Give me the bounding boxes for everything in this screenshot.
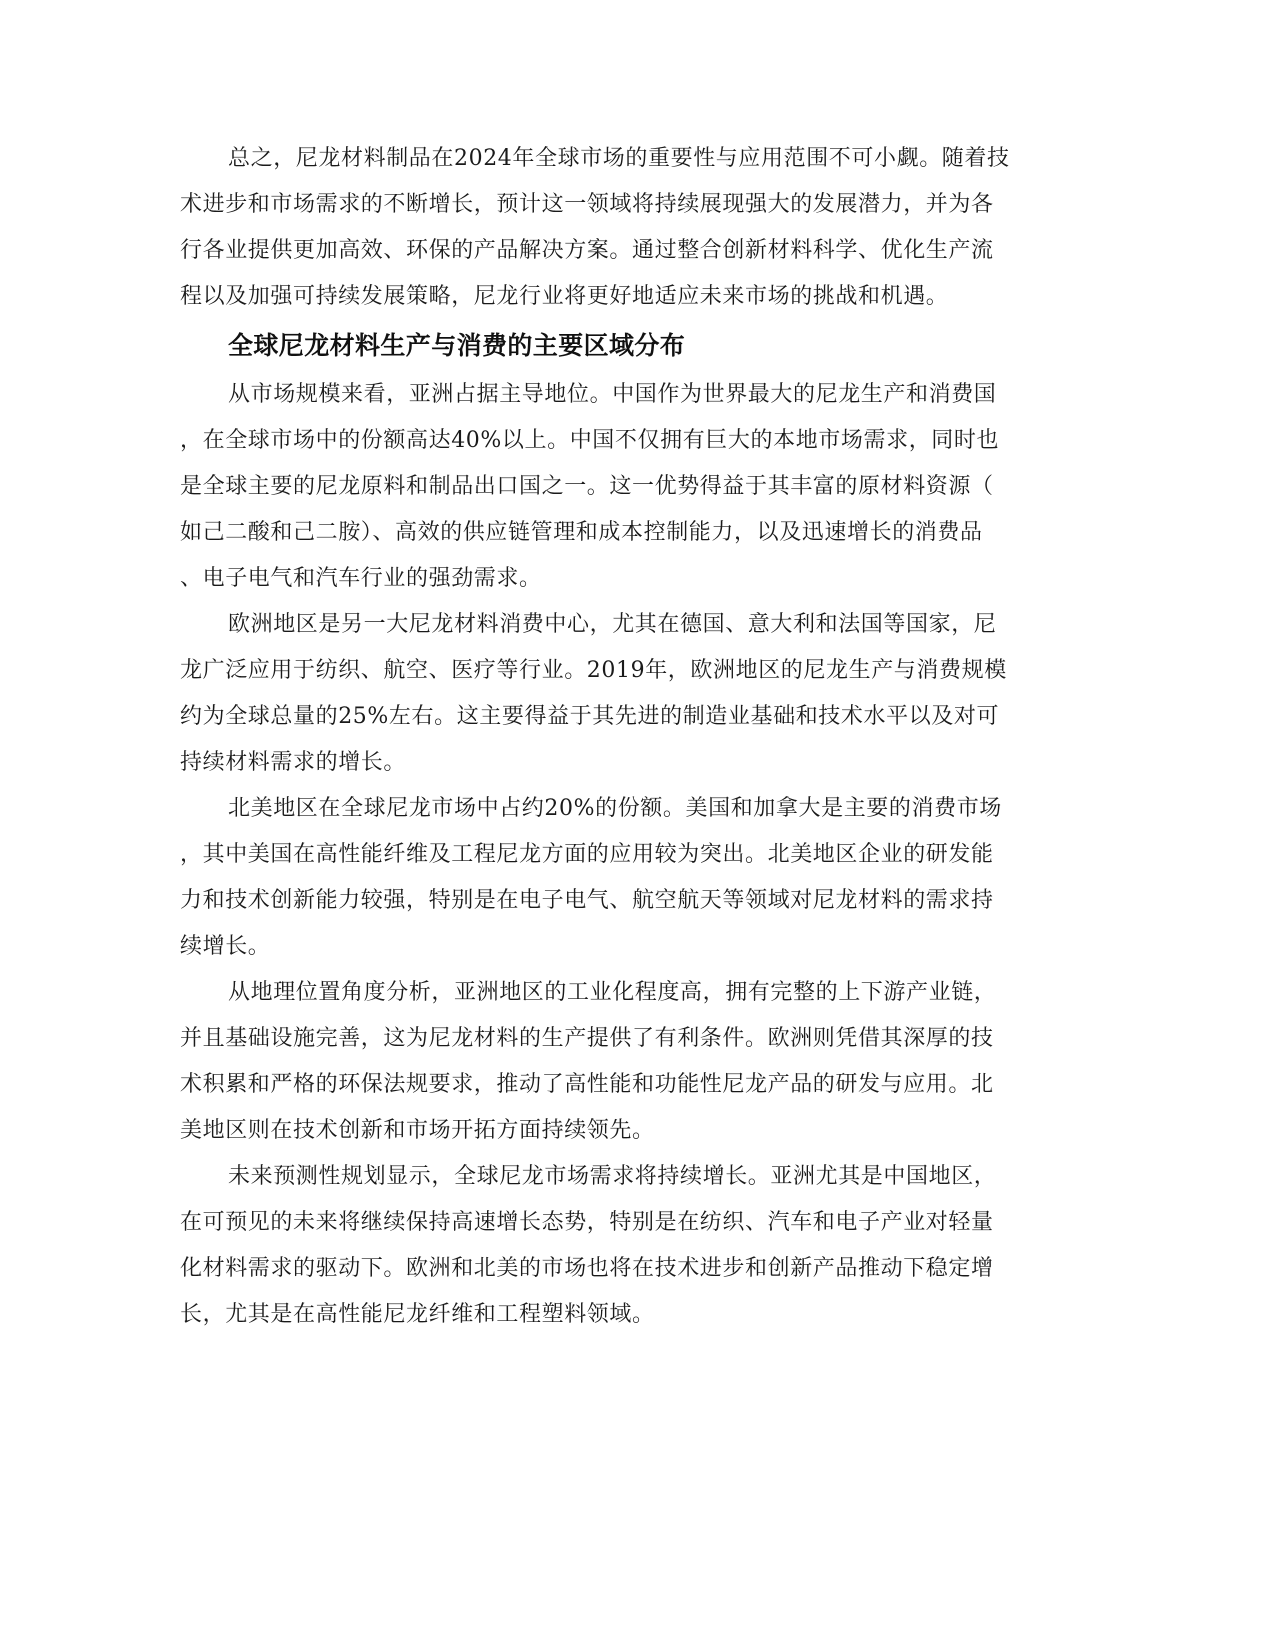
document-page: 总之，尼龙材料制品在2024年全球市场的重要性与应用范围不可小觑。随着技 术进步… <box>180 136 1040 1338</box>
text-line: 持续材料需求的增长。 <box>180 740 1040 786</box>
text-line: 如己二酸和己二胺）、高效的供应链管理和成本控制能力，以及迅速增长的消费品 <box>180 510 1040 556</box>
text-line: 美地区则在技术创新和市场开拓方面持续领先。 <box>180 1108 1040 1154</box>
text-line: 力和技术创新能力较强，特别是在电子电气、航空航天等领域对尼龙材料的需求持 <box>180 878 1040 924</box>
paragraph-geography: 从地理位置角度分析，亚洲地区的工业化程度高，拥有完整的上下游产业链， 并且基础设… <box>180 970 1040 1154</box>
text-line: 续增长。 <box>180 924 1040 970</box>
paragraph-asia: 从市场规模来看，亚洲占据主导地位。中国作为世界最大的尼龙生产和消费国 ，在全球市… <box>180 372 1040 602</box>
text-line: 程以及加强可持续发展策略，尼龙行业将更好地适应未来市场的挑战和机遇。 <box>180 274 1040 320</box>
text-line: 是全球主要的尼龙原料和制品出口国之一。这一优势得益于其丰富的原材料资源（ <box>180 464 1040 510</box>
text-line: 从市场规模来看，亚洲占据主导地位。中国作为世界最大的尼龙生产和消费国 <box>180 372 1040 418</box>
paragraph-europe: 欧洲地区是另一大尼龙材料消费中心，尤其在德国、意大利和法国等国家，尼 龙广泛应用… <box>180 602 1040 786</box>
text-line: 约为全球总量的25%左右。这主要得益于其先进的制造业基础和技术水平以及对可 <box>180 694 1040 740</box>
paragraph-conclusion: 总之，尼龙材料制品在2024年全球市场的重要性与应用范围不可小觑。随着技 术进步… <box>180 136 1040 320</box>
text-line: 行各业提供更加高效、环保的产品解决方案。通过整合创新材料科学、优化生产流 <box>180 228 1040 274</box>
text-line: 欧洲地区是另一大尼龙材料消费中心，尤其在德国、意大利和法国等国家，尼 <box>180 602 1040 648</box>
text-line: 龙广泛应用于纺织、航空、医疗等行业。2019年，欧洲地区的尼龙生产与消费规模 <box>180 648 1040 694</box>
text-line: 北美地区在全球尼龙市场中占约20%的份额。美国和加拿大是主要的消费市场 <box>180 786 1040 832</box>
text-line: 长，尤其是在高性能尼龙纤维和工程塑料领域。 <box>180 1292 1040 1338</box>
text-line: 术进步和市场需求的不断增长，预计这一领域将持续展现强大的发展潜力，并为各 <box>180 182 1040 228</box>
text-line: 并且基础设施完善，这为尼龙材料的生产提供了有利条件。欧洲则凭借其深厚的技 <box>180 1016 1040 1062</box>
text-line: 从地理位置角度分析，亚洲地区的工业化程度高，拥有完整的上下游产业链， <box>180 970 1040 1016</box>
paragraph-north-america: 北美地区在全球尼龙市场中占约20%的份额。美国和加拿大是主要的消费市场 ，其中美… <box>180 786 1040 970</box>
text-line: 总之，尼龙材料制品在2024年全球市场的重要性与应用范围不可小觑。随着技 <box>180 136 1040 182</box>
text-line: ，在全球市场中的份额高达40%以上。中国不仅拥有巨大的本地市场需求，同时也 <box>180 418 1040 464</box>
text-line: 未来预测性规划显示，全球尼龙市场需求将持续增长。亚洲尤其是中国地区， <box>180 1154 1040 1200</box>
text-line: 在可预见的未来将继续保持高速增长态势，特别是在纺织、汽车和电子产业对轻量 <box>180 1200 1040 1246</box>
section-heading: 全球尼龙材料生产与消费的主要区域分布 <box>180 320 1040 372</box>
paragraph-forecast: 未来预测性规划显示，全球尼龙市场需求将持续增长。亚洲尤其是中国地区， 在可预见的… <box>180 1154 1040 1338</box>
text-line: ，其中美国在高性能纤维及工程尼龙方面的应用较为突出。北美地区企业的研发能 <box>180 832 1040 878</box>
text-line: 化材料需求的驱动下。欧洲和北美的市场也将在技术进步和创新产品推动下稳定增 <box>180 1246 1040 1292</box>
text-line: 、电子电气和汽车行业的强劲需求。 <box>180 556 1040 602</box>
text-line: 术积累和严格的环保法规要求，推动了高性能和功能性尼龙产品的研发与应用。北 <box>180 1062 1040 1108</box>
